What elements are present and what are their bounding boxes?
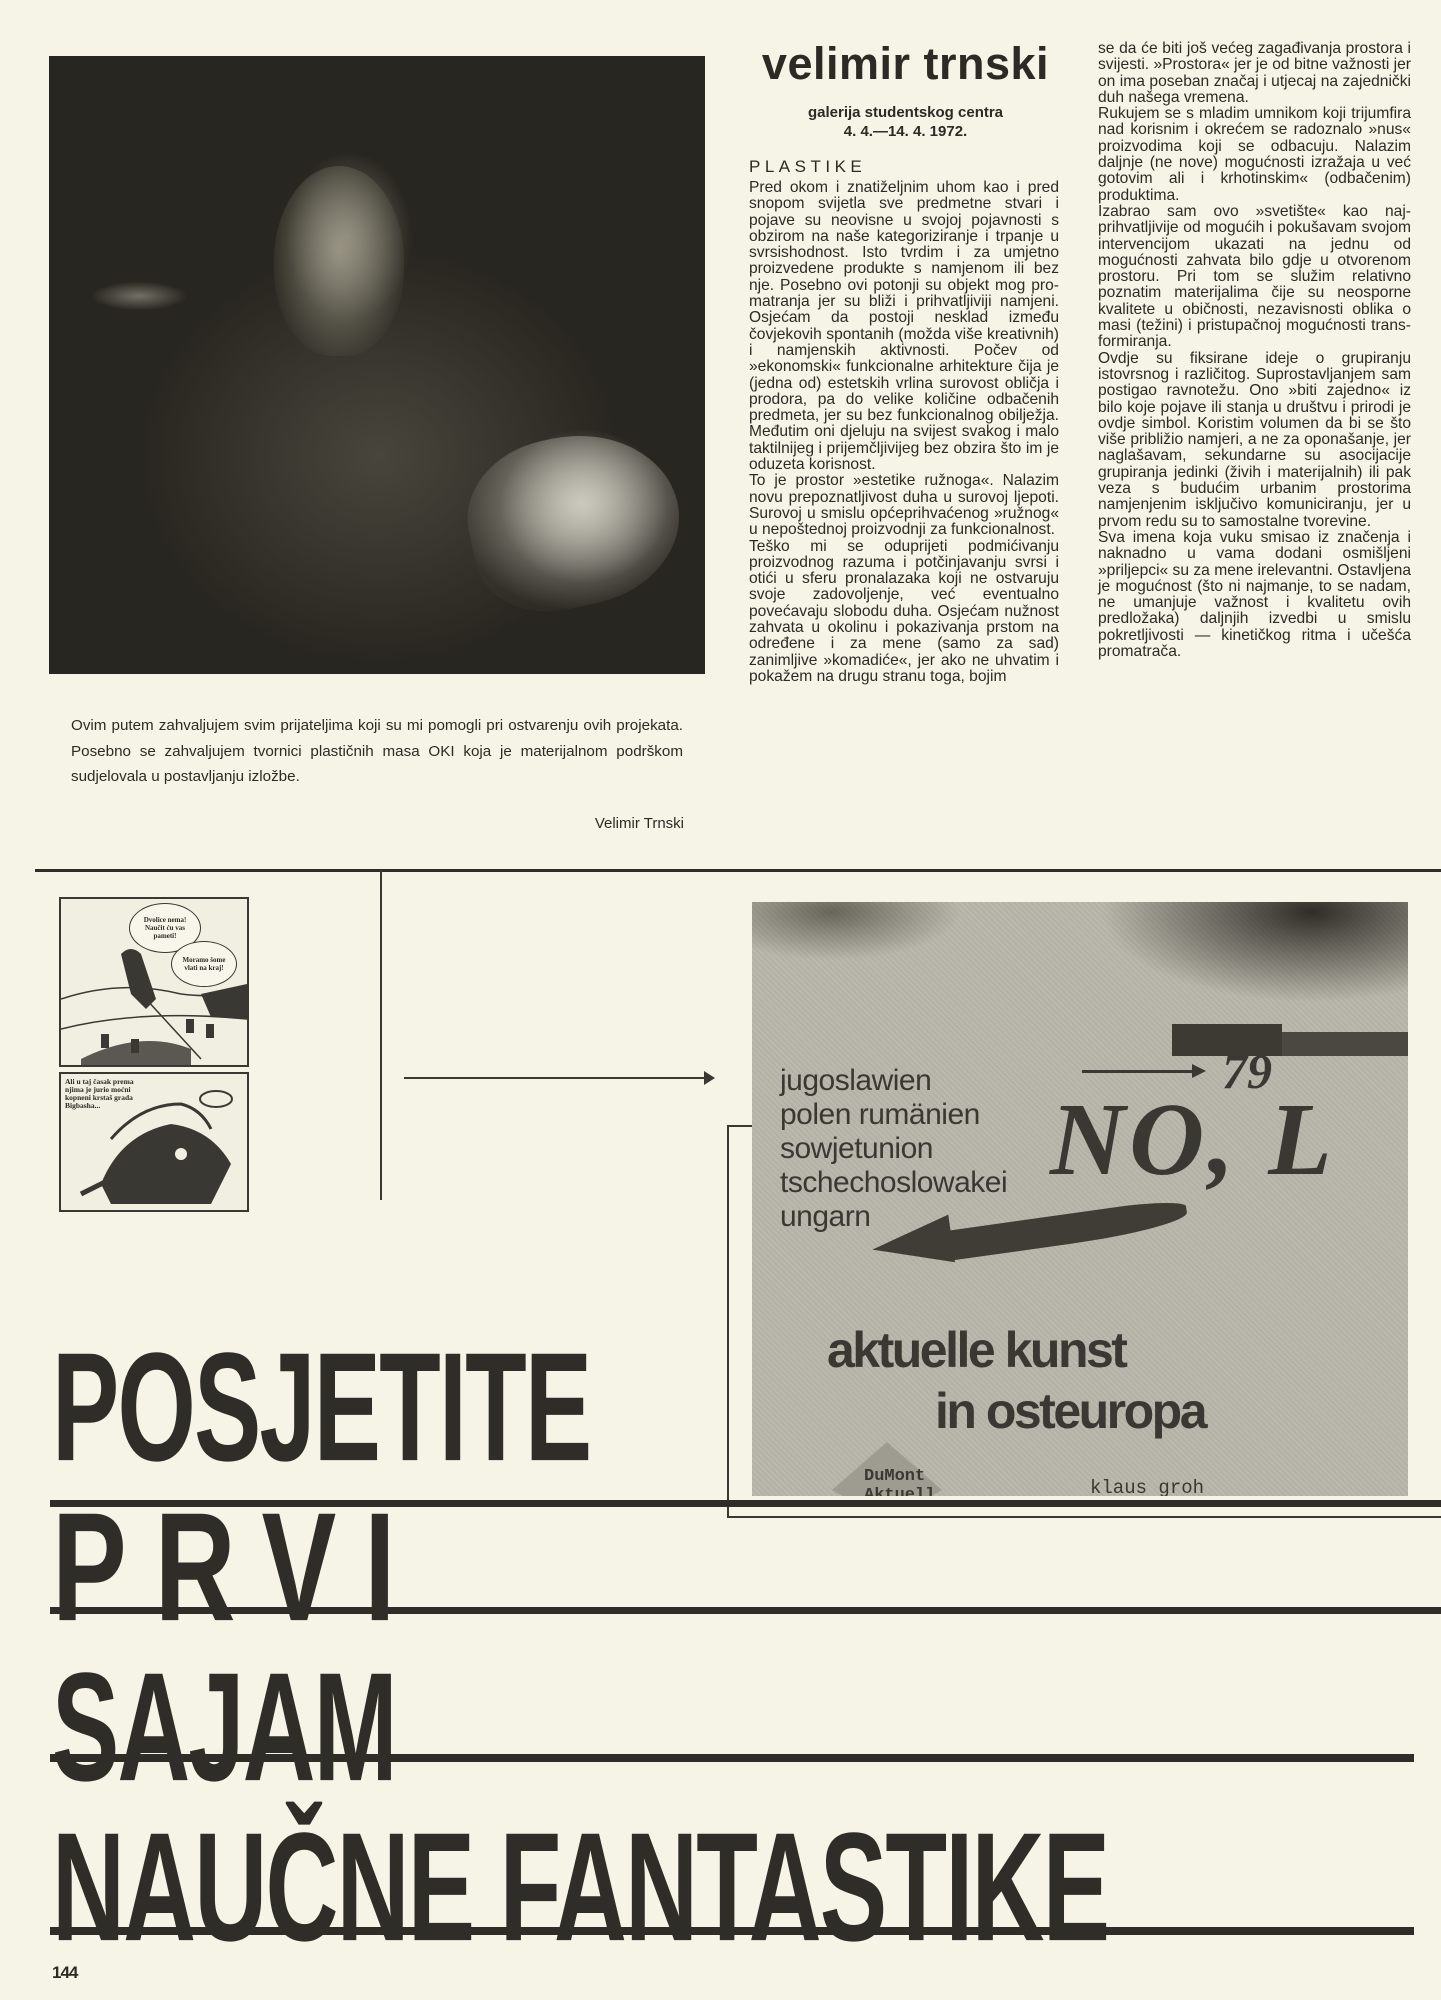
paragraph: Izabrao sam ovo »svetište« kao naj­prihv… [1098,204,1411,351]
comic-panel-1: Dvolice nema! Naučit ću vas pameti! Mora… [59,897,249,1067]
country: jugoslawien [780,1064,1007,1098]
cover-author: klaus groh [1090,1477,1204,1496]
pointer-arrow-icon [704,1071,715,1085]
body-column-right: se da će biti još većeg zagađivanja pros… [1098,41,1411,660]
pointer-line [404,1077,704,1079]
artist-portrait-photo [49,56,705,674]
paragraph: Rukujem se s mladim umnikom ko­ji trijum… [1098,106,1411,204]
divider-rule [35,869,1441,872]
comic-panel-2: Ali u taj časak prema njima je jurio moć… [59,1072,249,1212]
divider-rule [727,1516,1441,1518]
country: polen rumänien [780,1098,1007,1132]
paragraph: Teško mi se oduprijeti podmićivanju proi… [749,539,1059,686]
paragraph: Ovdje su fiksirane ideje o grupiranju is… [1098,351,1411,530]
venue: galerija studentskog centra [743,103,1068,122]
divider-vertical [727,1125,729,1517]
publisher-series: Aktuell [864,1486,935,1496]
headline-rule [50,1754,1414,1762]
book-cover-image: jugoslawien polen rumänien sowjetunion t… [752,902,1408,1496]
headline-rule [50,1927,1414,1935]
arrow-left-icon [869,1215,955,1274]
comic-caption: Ali u taj časak prema njima je jurio moć… [65,1078,149,1110]
headline-line-2: PRVI [52,1478,423,1656]
portrait-face [274,166,404,356]
paragraph: To je prostor »estetike ružnoga«. Na­laz… [749,473,1059,538]
speech-bubble: Moramo šome vlati na kraj! [171,941,237,987]
acknowledgement-text: Ovim putem zahvaljujem svim prijateljima… [71,713,683,790]
portrait-hand [454,416,695,626]
stencil-text: NO, L [1050,1080,1336,1199]
headline-line-1: POSJETITE [52,1318,590,1496]
section-label: PLASTIKE [749,157,866,177]
publisher-logo: DuMont Aktuell [864,1467,935,1496]
building-silhouette [1282,1032,1408,1056]
headline-rule [50,1607,1441,1614]
paragraph: Pred okom i znatiželjnim uhom kao i pred… [749,180,1059,473]
country: sowjetunion [780,1132,1007,1166]
cover-title-line2: in osteuropa [935,1382,1205,1440]
publisher-name: DuMont [864,1467,935,1486]
page-number: 144 [52,1963,77,1983]
headline-line-3: SAJAM [52,1638,396,1816]
paragraph: se da će biti još većeg zagađivanja pros… [1098,41,1411,106]
acknowledgement-signature: Velimir Trnski [480,815,684,832]
exhibition-info: galerija studentskog centra 4. 4.—14. 4.… [743,103,1068,141]
exhibition-dates: 4. 4.—14. 4. 1972. [743,122,1068,141]
country-list: jugoslawien polen rumänien sowjetunion t… [780,1064,1007,1234]
headline-line-4: NAUČNE FANTASTIKE [52,1798,1108,1976]
country: tschechoslowakei [780,1166,1007,1200]
body-column-middle: Pred okom i znatiželjnim uhom kao i pred… [749,180,1059,685]
article-title: velimir trnski [743,38,1068,90]
paragraph: Sva imena koja vuku smisao iz zna­čenja … [1098,530,1411,660]
divider-vertical [380,870,382,1200]
cover-title-line1: aktuelle kunst [827,1322,1125,1378]
arrow-right-icon [1082,1070,1202,1073]
